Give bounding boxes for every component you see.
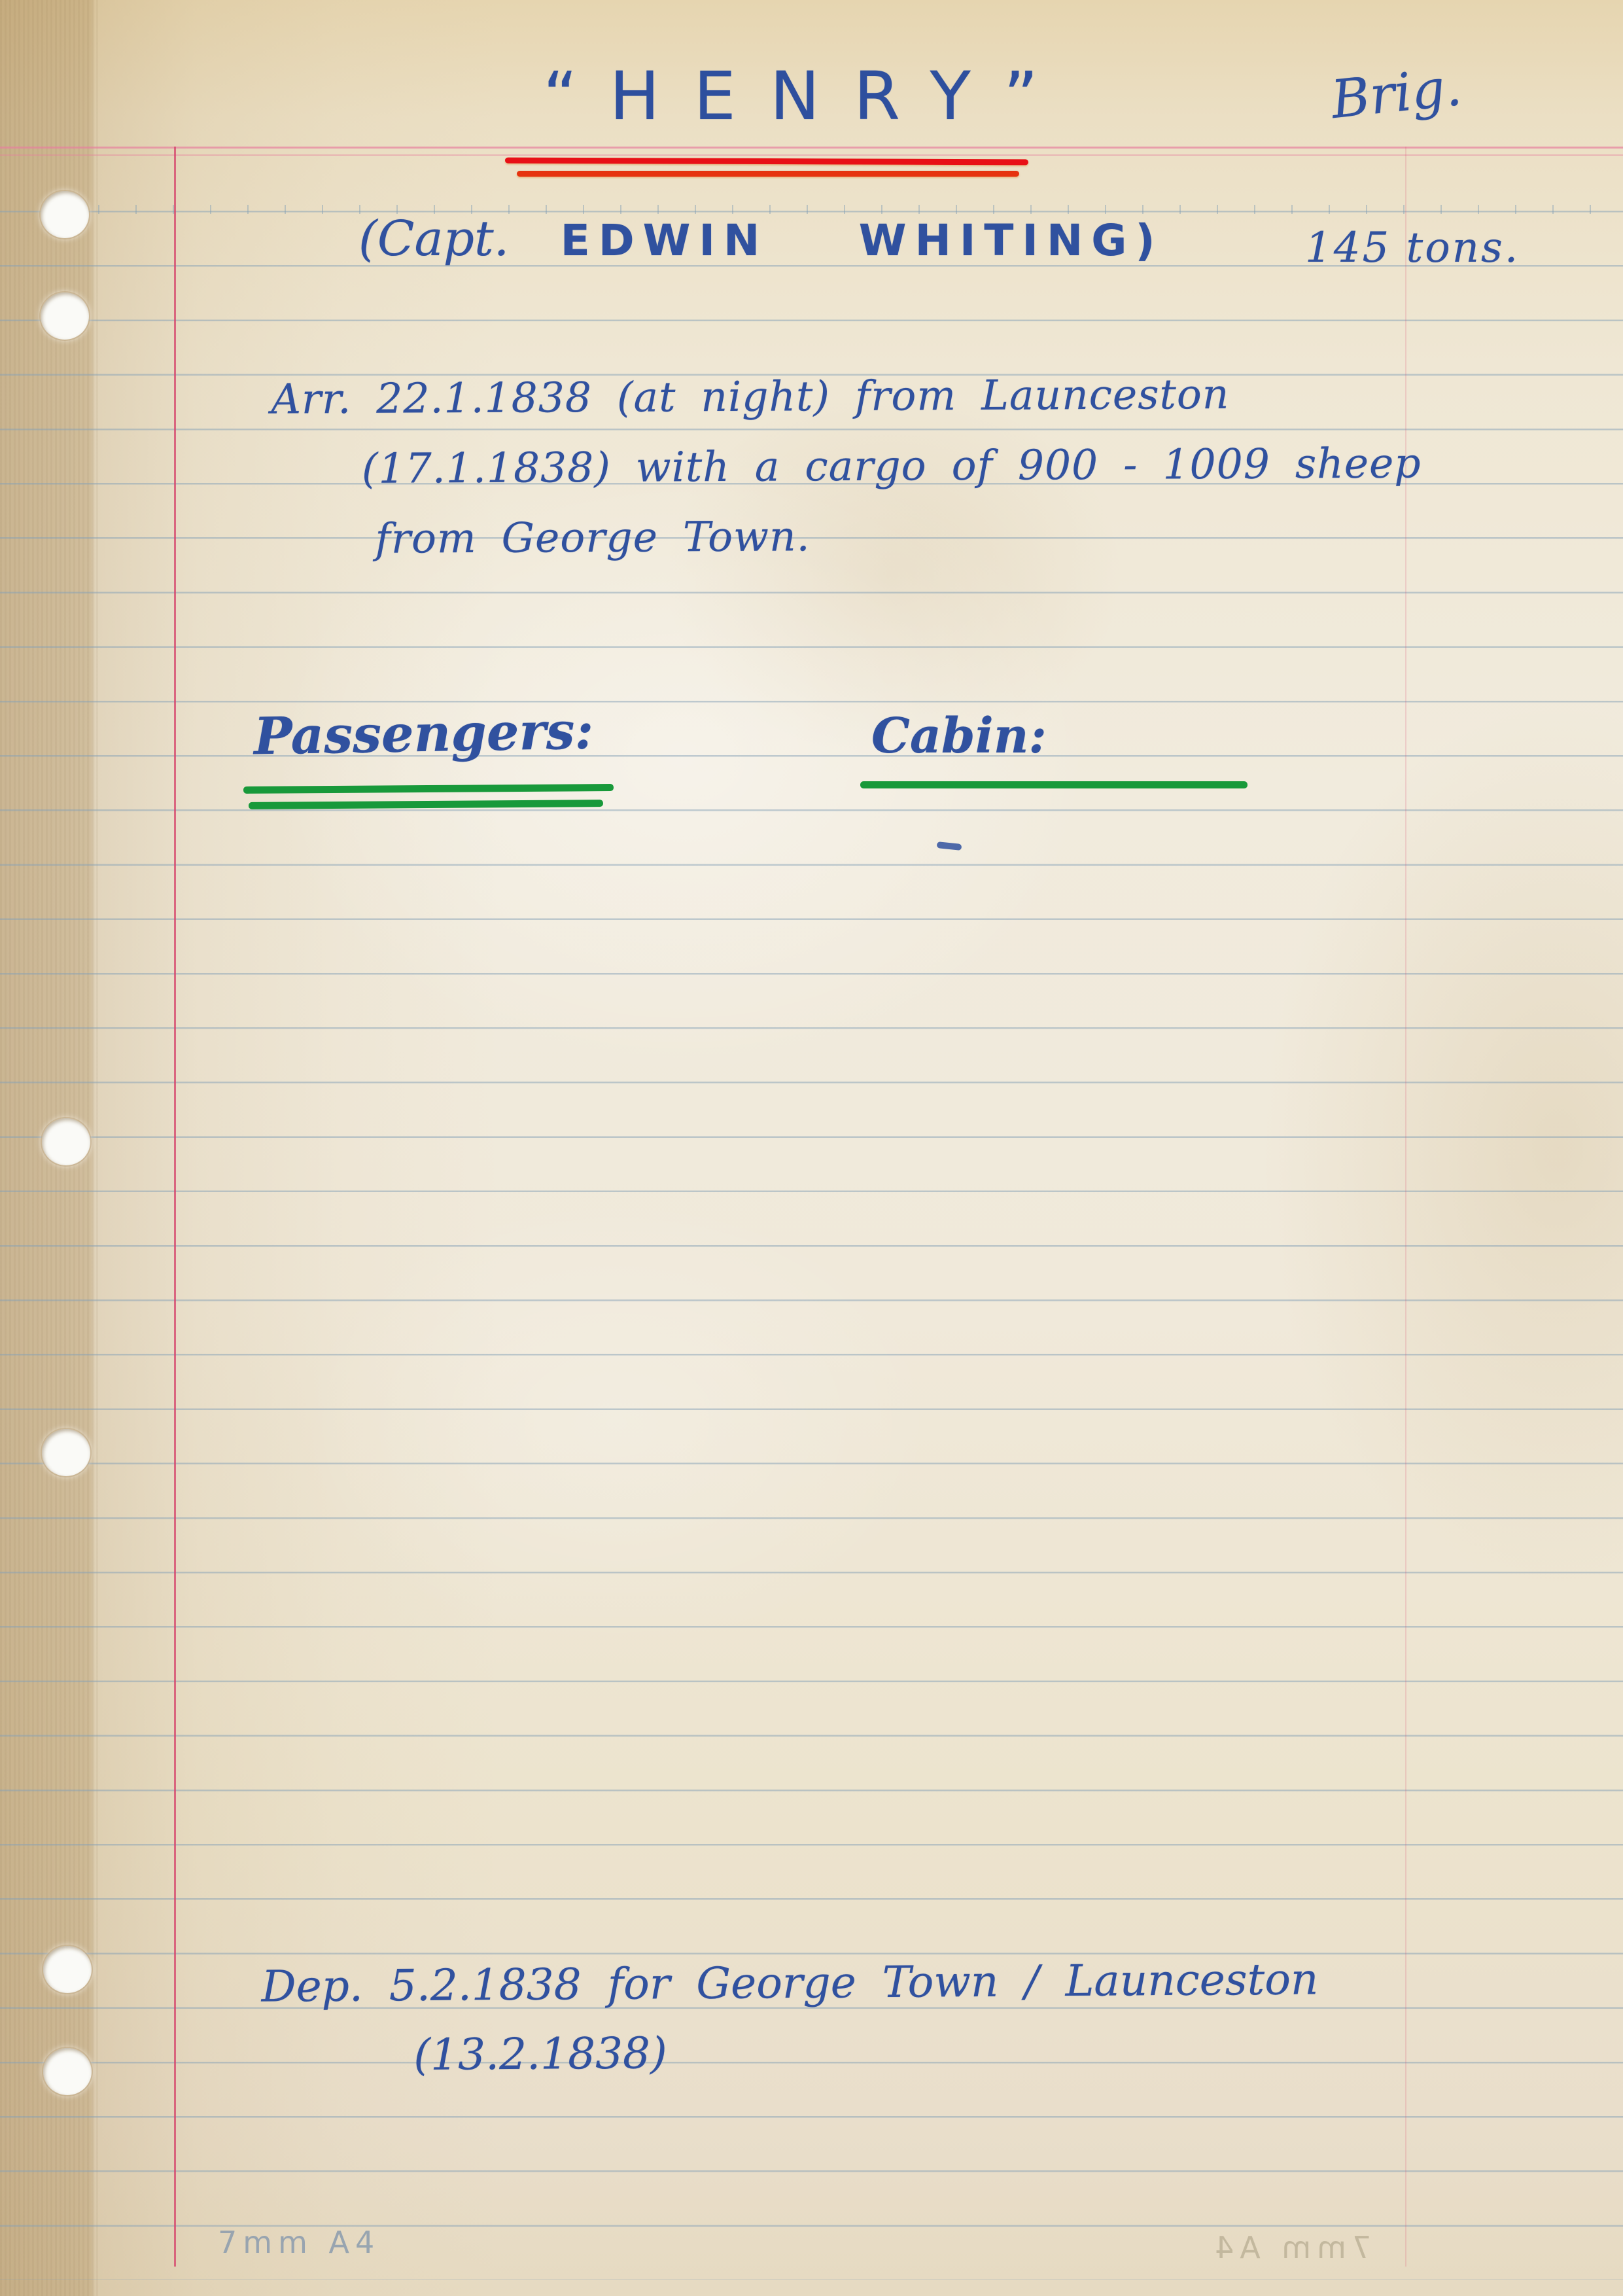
- departure-note: Dep. 5.2.1838 for George Town / Launcest…: [261, 1945, 1319, 2091]
- close-quote-mark: ”: [1003, 58, 1072, 135]
- departure-line-1: Dep. 5.2.1838 for George Town / Launcest…: [261, 1945, 1318, 2021]
- departure-line-2: (13.2.1838): [413, 2014, 1319, 2090]
- punch-hole: [43, 2048, 92, 2095]
- top-margin-rule-1: [0, 147, 1623, 149]
- vessel-type: Brig.: [1329, 56, 1465, 130]
- page-title: “HENRY”: [543, 58, 1053, 135]
- captain-line: (Capt. EDWIN WHITING): [358, 211, 1164, 267]
- captain-prefix: (Capt.: [358, 211, 509, 267]
- arrival-line-3: from George Town.: [375, 498, 1422, 573]
- cabin-green-underline: [860, 781, 1248, 788]
- punch-hole: [41, 191, 89, 238]
- open-quote-mark: “: [543, 58, 610, 135]
- left-margin-rule: [174, 147, 176, 2267]
- punch-hole: [42, 1429, 90, 1476]
- captain-surname: WHITING): [859, 215, 1164, 266]
- notebook-page: “HENRY” Brig. (Capt. EDWIN WHITING) 145 …: [0, 0, 1623, 2296]
- paper-spec-label: 7mm A4: [218, 2225, 380, 2260]
- passengers-heading: Passengers:: [253, 701, 594, 766]
- tonnage: 145 tons.: [1305, 224, 1520, 272]
- cabin-heading: Cabin:: [871, 708, 1047, 764]
- top-margin-rule-2: [0, 154, 1623, 156]
- title-red-underline-2: [517, 171, 1019, 177]
- arrival-line-1: Arr. 22.1.1838 (at night) from Launcesto…: [271, 358, 1421, 434]
- ship-name: HENRY: [610, 58, 1003, 135]
- captain-first-name: EDWIN: [561, 215, 768, 266]
- punch-hole: [41, 292, 89, 340]
- paper-spec-showthrough-label: 7mm A4: [1209, 2230, 1371, 2265]
- punch-hole: [43, 1946, 92, 1993]
- title-red-underline-1: [505, 158, 1028, 166]
- arrival-line-2: (17.1.1838) with a cargo of 900 - 1009 s…: [362, 428, 1422, 503]
- punch-hole: [42, 1118, 90, 1165]
- arrival-note: Arr. 22.1.1838 (at night) from Launcesto…: [271, 358, 1422, 574]
